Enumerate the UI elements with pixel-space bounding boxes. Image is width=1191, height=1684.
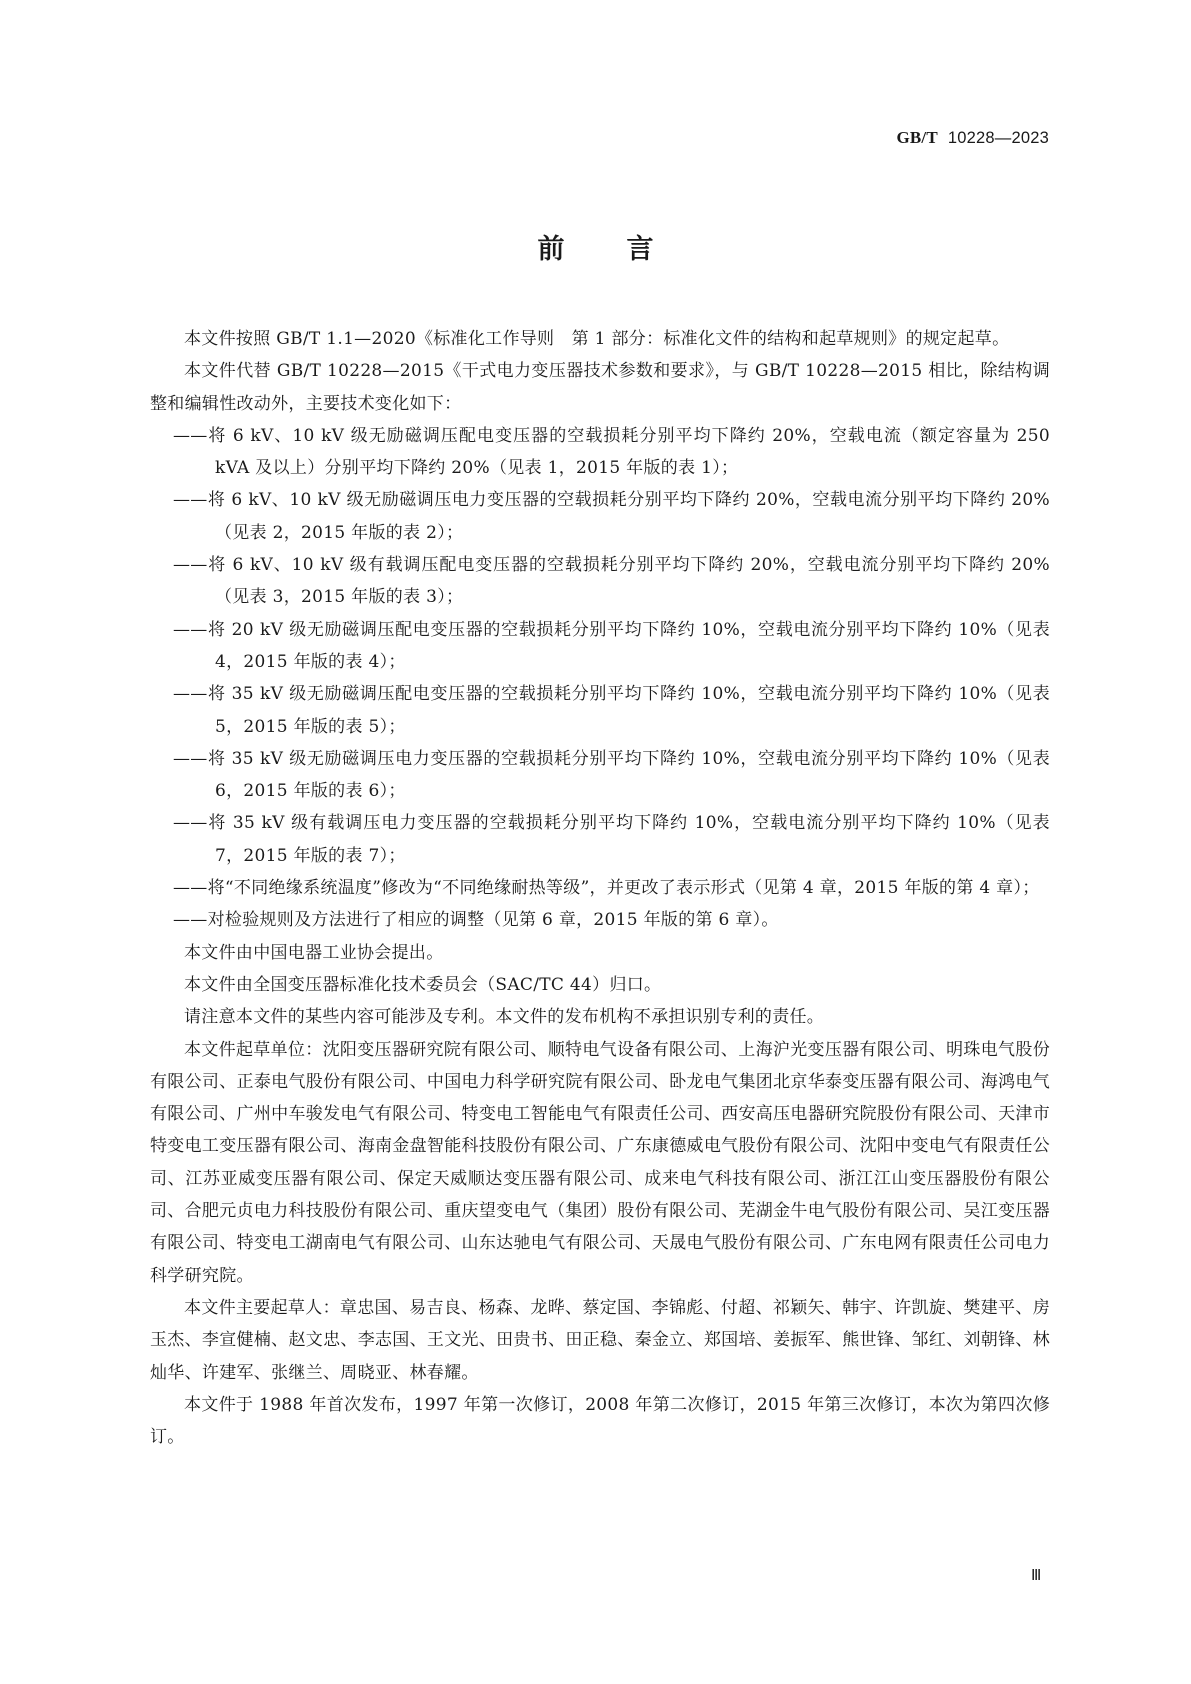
change-item: ——对检验规则及方法进行了相应的调整（见第 6 章，2015 年版的第 6 章）… [173,904,1050,936]
change-item: ——将“不同绝缘系统温度”修改为“不同绝缘耐热等级”，并更改了表示形式（见第 4… [173,872,1050,904]
committee-paragraph: 本文件由全国变压器标准化技术委员会（SAC/TC 44）归口。 [150,969,1050,1001]
drafters-paragraph: 本文件主要起草人：章忠国、易吉良、杨森、龙晔、蔡定国、李锦彪、付超、祁颖矢、韩宇… [150,1292,1050,1389]
change-item: ——将 35 kV 级无励磁调压电力变压器的空载损耗分别平均下降约 10%，空载… [173,743,1050,808]
patent-notice-paragraph: 请注意本文件的某些内容可能涉及专利。本文件的发布机构不承担识别专利的责任。 [150,1001,1050,1033]
foreword-body: 本文件按照 GB/T 1.1—2020《标准化工作导则 第 1 部分：标准化文件… [150,323,1050,1453]
standard-prefix: GB/T [896,128,937,147]
page-number: Ⅲ [1031,1566,1041,1585]
changes-list: ——将 6 kV、10 kV 级无励磁调压配电变压器的空载损耗分别平均下降约 2… [150,420,1050,937]
proposer-paragraph: 本文件由中国电器工业协会提出。 [150,937,1050,969]
change-item: ——将 35 kV 级无励磁调压配电变压器的空载损耗分别平均下降约 10%，空载… [173,678,1050,743]
change-item: ——将 35 kV 级有载调压电力变压器的空载损耗分别平均下降约 10%，空载电… [173,807,1050,872]
intro-paragraph: 本文件代替 GB/T 10228—2015《干式电力变压器技术参数和要求》，与 … [150,355,1050,420]
page-title: 前言 [0,227,1191,266]
change-item: ——将 6 kV、10 kV 级无励磁调压电力变压器的空载损耗分别平均下降约 2… [173,484,1050,549]
drafting-units-paragraph: 本文件起草单位：沈阳变压器研究院有限公司、顺特电气设备有限公司、上海沪光变压器有… [150,1034,1050,1292]
change-item: ——将 20 kV 级无励磁调压配电变压器的空载损耗分别平均下降约 10%，空载… [173,614,1050,679]
standard-code-header: GB/T10228—2023 [896,128,1049,148]
revision-history-paragraph: 本文件于 1988 年首次发布，1997 年第一次修订，2008 年第二次修订，… [150,1389,1050,1454]
change-item: ——将 6 kV、10 kV 级有载调压配电变压器的空载损耗分别平均下降约 20… [173,549,1050,614]
standard-number: 10228—2023 [948,129,1049,147]
intro-paragraph: 本文件按照 GB/T 1.1—2020《标准化工作导则 第 1 部分：标准化文件… [150,323,1050,355]
change-item: ——将 6 kV、10 kV 级无励磁调压配电变压器的空载损耗分别平均下降约 2… [173,420,1050,485]
